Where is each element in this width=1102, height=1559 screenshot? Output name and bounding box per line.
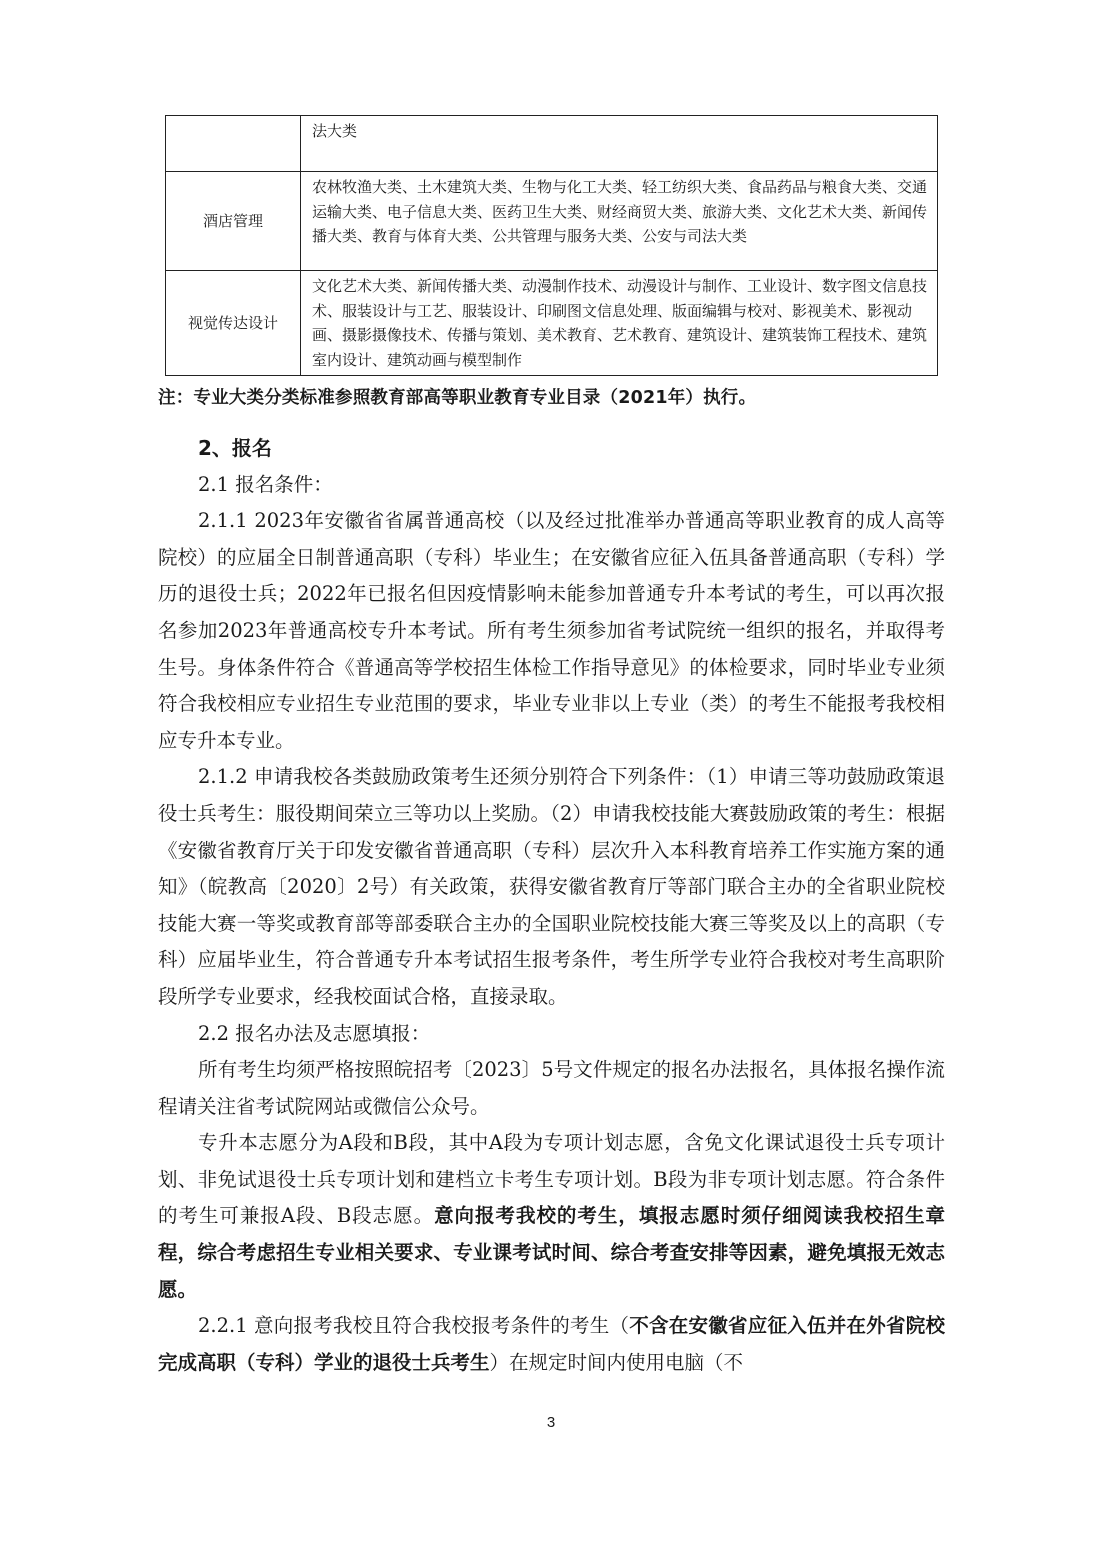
document-page: 法大类 酒店管理 农林牧渔大类、土木建筑大类、生物与化工大类、轻工纺织大类、食品… — [0, 0, 1102, 1559]
paragraph-2-1-1: 2.1.1 2023年安徽省省属普通高校（以及经过批准举办普通高等职业教育的成人… — [158, 503, 945, 759]
page-number: 3 — [0, 1414, 1102, 1431]
table-row: 酒店管理 农林牧渔大类、土木建筑大类、生物与化工大类、轻工纺织大类、食品药品与粮… — [166, 172, 938, 271]
document-body: 2、报名 2.1 报名条件： 2.1.1 2023年安徽省省属普通高校（以及经过… — [158, 430, 945, 1381]
paragraph-2-2-1: 2.2.1 意向报考我校且符合我校报考条件的考生（不含在安徽省应征入伍并在外省院… — [158, 1308, 945, 1381]
major-name-cell: 视觉传达设计 — [166, 271, 301, 376]
section-heading: 2、报名 — [158, 430, 945, 467]
table-note: 注：专业大类分类标准参照教育部高等职业教育专业目录（2021年）执行。 — [158, 384, 756, 409]
allowed-majors-cell: 文化艺术大类、新闻传播大类、动漫制作技术、动漫设计与制作、工业设计、数字图文信息… — [301, 271, 938, 376]
major-requirements-table: 法大类 酒店管理 农林牧渔大类、土木建筑大类、生物与化工大类、轻工纺织大类、食品… — [165, 115, 938, 376]
paragraph-2-1-2: 2.1.2 申请我校各类鼓励政策考生还须分别符合下列条件：（1）申请三等功鼓励政… — [158, 759, 945, 1015]
allowed-majors-cell: 法大类 — [301, 116, 938, 172]
paragraph-registration-method: 所有考生均须严格按照皖招考〔2023〕5号文件规定的报名办法报名，具体报名操作流… — [158, 1052, 945, 1125]
allowed-majors-cell: 农林牧渔大类、土木建筑大类、生物与化工大类、轻工纺织大类、食品药品与粮食大类、交… — [301, 172, 938, 271]
table-row: 视觉传达设计 文化艺术大类、新闻传播大类、动漫制作技术、动漫设计与制作、工业设计… — [166, 271, 938, 376]
subsection-title-2-2: 2.2 报名办法及志愿填报： — [158, 1016, 945, 1053]
paragraph-2-2-1-start: 2.2.1 意向报考我校且符合我校报考条件的考生（ — [198, 1314, 629, 1337]
major-name-cell: 酒店管理 — [166, 172, 301, 271]
major-name-cell — [166, 116, 301, 172]
table-row: 法大类 — [166, 116, 938, 172]
subsection-title-2-1: 2.1 报名条件： — [158, 467, 945, 504]
paragraph-volunteer-sections: 专升本志愿分为A段和B段，其中A段为专项计划志愿，含免文化课试退役士兵专项计划、… — [158, 1125, 945, 1308]
paragraph-2-2-1-end: ）在规定时间内使用电脑（不 — [490, 1351, 744, 1374]
